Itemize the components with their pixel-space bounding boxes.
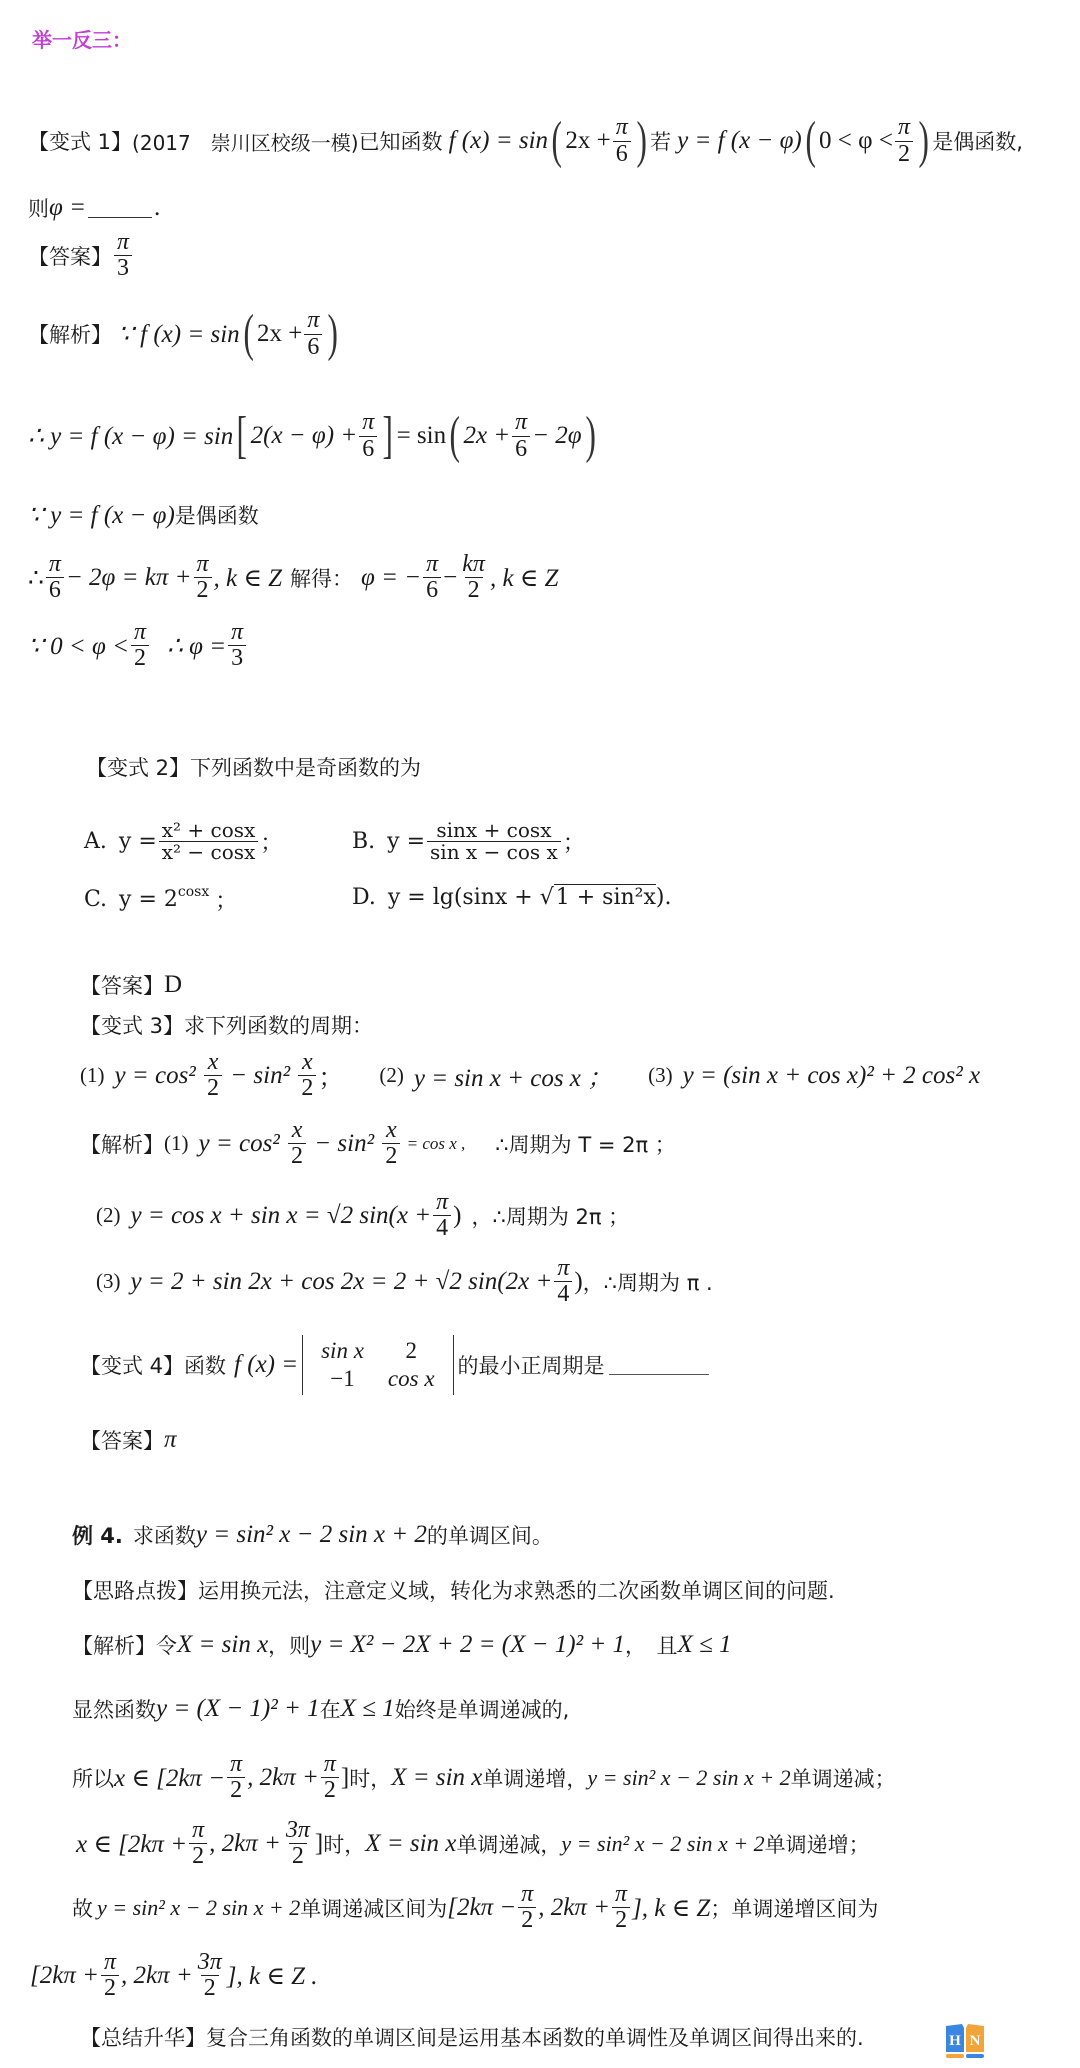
- analysis-expr: ∴ y = f (x − φ) = sin: [28, 421, 233, 451]
- decreasing-text: 单调递减，: [456, 1829, 561, 1859]
- range-expr: X ≤ 1: [341, 1695, 395, 1723]
- variant3-analysis-3: (3) y = 2 + sin 2x + cos 2x = 2 + √2 sin…: [96, 1256, 713, 1307]
- matrix-cell: 2: [376, 1337, 447, 1365]
- item-expr: y = sin x + cos x ；: [414, 1058, 612, 1094]
- variant3-items: (1) y = cos² x2 − sin² x2 ； (2) y = sin …: [80, 1050, 980, 1101]
- fraction-pi-4: π4: [554, 1256, 572, 1307]
- hence-text: 故: [72, 1893, 93, 1923]
- decreasing-text: 始终是单调递减的,: [395, 1694, 570, 1724]
- paren-open: (: [805, 115, 815, 167]
- ze-text: 则: [28, 193, 49, 223]
- example4-analysis-1: 【解析】 令 X = sin x ，则 y = X² − 2X + 2 = (X…: [72, 1630, 731, 1660]
- interval-end: ], k ∈ Z: [632, 1893, 710, 1923]
- interval-mid: , 2kπ +: [247, 1764, 319, 1792]
- variant1-source: (2017 崇川区校级一模): [132, 127, 359, 156]
- item-end: ；: [318, 1058, 343, 1094]
- summary-text: 复合三角函数的单调区间是运用基本函数的单调性及单调区间得出来的.: [206, 2022, 864, 2052]
- let-text: 令: [156, 1630, 177, 1660]
- item-number: (1): [164, 1131, 189, 1156]
- substitution: X = sin x: [177, 1631, 268, 1659]
- fraction-pi-6: π6: [46, 552, 64, 603]
- watermark-logo: H N: [944, 2022, 986, 2062]
- minus-2phi: − 2φ: [532, 422, 581, 450]
- interval-end: ], k ∈ Z .: [227, 1961, 318, 1991]
- paren-open: (: [243, 308, 253, 360]
- example4-hint: 【思路点拨】 运用换元法，注意定义域，转化为求熟悉的二次函数单调区间的问题.: [72, 1575, 835, 1605]
- increasing-text: 单调递增，: [482, 1763, 587, 1793]
- matrix-cell: −1: [309, 1365, 376, 1393]
- answer-value: D: [164, 971, 182, 999]
- y-expr: y = sin² x − 2 sin x + 2: [561, 1831, 764, 1857]
- answer-label: 【答案】: [28, 241, 112, 271]
- y-expr: y = sin² x − 2 sin x + 2: [97, 1895, 300, 1921]
- book-logo-icon: H N: [944, 2022, 986, 2062]
- fraction-pi-3: π3: [228, 620, 246, 671]
- arg-expr: 2x +: [463, 422, 510, 450]
- option-prefix: y =: [387, 829, 425, 854]
- matrix-cell: cos x: [376, 1365, 447, 1393]
- answer-fraction: π3: [114, 230, 132, 281]
- option-letter: A.: [84, 829, 107, 854]
- interval-start: [2kπ −: [447, 1894, 516, 1922]
- fraction-pi-2: π2: [131, 620, 149, 671]
- variant1-analysis-line2: ∴ y = f (x − φ) = sin [ 2(x − φ) + π6 ] …: [28, 410, 599, 462]
- fx-expr: f (x) = sin: [449, 127, 549, 155]
- answer-blank: [609, 1356, 709, 1375]
- fraction-pi-6: π6: [423, 552, 441, 603]
- option-prefix: y =: [119, 829, 157, 854]
- matrix-cell: sin x: [309, 1337, 376, 1365]
- option-a: A. y = x² + cosxx² − cosx ；: [84, 820, 282, 863]
- interval-start: x ∈ [2kπ −: [114, 1763, 225, 1793]
- fraction-pi-6: π6: [304, 308, 322, 359]
- option-suffix: ；: [260, 826, 282, 857]
- increasing-text: 单调递增；: [765, 1829, 870, 1859]
- option-expr: y = lg(sinx +: [388, 885, 540, 910]
- variant2-question-text: 下列函数中是奇函数的为: [190, 752, 421, 782]
- conclusion: ，∴周期为 2π ；: [471, 1201, 629, 1231]
- fraction-kpi-2: kπ2: [459, 552, 488, 603]
- fx-expr: f (x) =: [234, 1351, 298, 1379]
- y-expr: y = f (x − φ): [677, 127, 802, 155]
- phi-eq: φ = −: [361, 564, 421, 592]
- paren-close: ): [636, 115, 646, 167]
- item-end: ): [453, 1202, 461, 1230]
- answer-label: 【答案】: [80, 1425, 164, 1455]
- conclusion: ，∴周期为 π .: [583, 1267, 713, 1297]
- minus: −: [443, 564, 457, 592]
- obvious-text: 显然函数: [72, 1694, 156, 1724]
- variant2-label: 【变式 2】: [86, 752, 190, 782]
- item-number: (2): [379, 1063, 404, 1088]
- therefore: ∴: [28, 563, 44, 593]
- and-text: ， 且: [625, 1630, 678, 1660]
- fraction-x-2: x2: [204, 1050, 222, 1101]
- option-fraction: sinx + cosxsin x − cos x: [427, 820, 561, 863]
- option-expr: y = 2: [119, 887, 178, 912]
- fraction-3pi-2: 3π2: [283, 1818, 313, 1869]
- variant2-question: 【变式 2】 下列函数中是奇函数的为: [86, 752, 421, 782]
- determinant: sin x2 −1cos x: [302, 1335, 453, 1395]
- interval-mid: , 2kπ +: [121, 1962, 193, 1990]
- analysis-label: 【解析】: [28, 319, 112, 349]
- variant4-prefix: 函数: [184, 1350, 226, 1380]
- question-end: 的单调区间。: [427, 1520, 553, 1550]
- variant1-analysis-line5: ∵ 0 < φ < π2 ∴ φ = π3: [28, 620, 248, 671]
- item-expr: y = 2 + sin 2x + cos 2x = 2 + √2 sin(2x …: [131, 1268, 553, 1296]
- option-suffix: ；: [563, 826, 585, 857]
- option-suffix: ).: [656, 885, 672, 910]
- option-letter: B.: [352, 829, 375, 854]
- ruo-text: 若: [650, 126, 671, 156]
- then-text: ，则: [268, 1630, 310, 1660]
- item-number: (1): [80, 1063, 105, 1088]
- decreasing-text: 单调递减；: [791, 1763, 896, 1793]
- paren-close: ): [585, 410, 595, 462]
- analysis-expr: ∵ y = f (x − φ): [28, 500, 175, 530]
- fraction-pi-2: π2: [194, 552, 212, 603]
- interval-mid: , 2kπ +: [209, 1830, 281, 1858]
- fraction-pi-6: π6: [512, 410, 530, 461]
- item-end: ): [574, 1268, 582, 1296]
- decreasing-interval-text: 单调递减区间为: [300, 1893, 447, 1923]
- variant3-question-text: 求下列函数的周期：: [184, 1010, 373, 1040]
- variant1-question-line2: 则 φ = .: [28, 193, 160, 223]
- analysis-label: 【解析】: [72, 1630, 156, 1660]
- fraction-x-2: x2: [298, 1050, 316, 1101]
- variant1-answer: 【答案】 π3: [28, 230, 134, 281]
- example4-label: 例 4.: [72, 1520, 123, 1550]
- stem-prefix: 已知函数: [359, 126, 443, 156]
- phi-eq: φ =: [49, 194, 86, 222]
- k-in-z: , k ∈ Z: [214, 563, 283, 593]
- suffix-text: 是偶函数,: [932, 126, 1023, 156]
- variant3-question: 【变式 3】 求下列函数的周期：: [80, 1010, 373, 1040]
- item-expr: y = cos²: [115, 1062, 203, 1090]
- example4-analysis-6: [2kπ + π2 , 2kπ + 3π2 ], k ∈ Z .: [30, 1950, 318, 2001]
- k-in-z: , k ∈ Z: [490, 563, 559, 593]
- summary-label: 【总结升华】: [80, 2022, 206, 2052]
- example4-analysis-3: 所以 x ∈ [2kπ − π2 , 2kπ + π2 ] 时， X = sin…: [72, 1752, 896, 1803]
- bracket-expr: 2(x − φ) +: [251, 422, 358, 450]
- section-title: 举一反三：: [32, 24, 132, 53]
- example4-question: 例 4. 求函数 y = sin² x − 2 sin x + 2 的单调区间。: [72, 1520, 553, 1550]
- when-text: 时，: [323, 1829, 365, 1859]
- option-d: D. y = lg(sinx + √ 1 + sin²x ).: [352, 884, 671, 910]
- fraction-pi-2: π2: [518, 1882, 536, 1933]
- item-end: = cos x ,: [402, 1134, 465, 1154]
- item-expr: y = (sin x + cos x)² + 2 cos² x: [683, 1062, 980, 1090]
- increasing-interval-text: ；单调递增区间为: [710, 1893, 878, 1923]
- quadratic-expr: y = X² − 2X + 2 = (X − 1)² + 1: [310, 1631, 625, 1659]
- variant4-label: 【变式 4】: [80, 1350, 184, 1380]
- range-expr: X ≤ 1: [677, 1631, 731, 1659]
- analysis-expr: ∵ f (x) = sin: [118, 319, 240, 349]
- variant3-label: 【变式 3】: [80, 1010, 184, 1040]
- option-c: C. y = 2 cosx ；: [84, 884, 237, 915]
- period: .: [154, 194, 160, 222]
- variant3-analysis-2: (2) y = cos x + sin x = √2 sin(x + π4 ) …: [96, 1190, 629, 1241]
- example4-analysis-5: 故 y = sin² x − 2 sin x + 2 单调递减区间为 [2kπ …: [72, 1882, 878, 1933]
- fraction-pi-6: π6: [359, 410, 377, 461]
- cond-expr: 0 < φ <: [819, 127, 893, 155]
- item-expr: y = cos²: [199, 1130, 287, 1158]
- equation-mid: − 2φ = kπ +: [66, 564, 192, 592]
- fraction-pi-2: π2: [189, 1818, 207, 1869]
- option-sup: cosx: [178, 884, 209, 900]
- variant1-analysis-line1: 【解析】 ∵ f (x) = sin ( 2x + π6 ): [28, 308, 342, 360]
- interval-end: ]: [315, 1830, 323, 1858]
- hint-label: 【思路点拨】: [72, 1575, 198, 1605]
- variant1-label: 【变式 1】: [28, 126, 132, 156]
- interval-start: x ∈ [2kπ +: [76, 1829, 187, 1859]
- arg-expr: 2x +: [565, 127, 610, 155]
- item-number: (3): [648, 1063, 673, 1088]
- conclusion: ∴周期为 T = 2π ；: [495, 1129, 676, 1159]
- item-number: (3): [96, 1269, 121, 1294]
- variant2-answer: 【答案】 D: [80, 970, 182, 1000]
- fraction-pi-2: π2: [227, 1752, 245, 1803]
- y-expr: y = sin² x − 2 sin x + 2: [587, 1765, 790, 1791]
- svg-text:H: H: [949, 2033, 961, 2049]
- function-expr: y = (X − 1)² + 1: [156, 1695, 320, 1723]
- analysis-label: 【解析】: [80, 1129, 164, 1159]
- item-expr: − sin²: [308, 1130, 380, 1158]
- at-text: 在: [320, 1694, 341, 1724]
- example4-analysis-4: x ∈ [2kπ + π2 , 2kπ + 3π2 ] 时， X = sin x…: [76, 1818, 870, 1869]
- question-expr: y = sin² x − 2 sin x + 2: [196, 1521, 427, 1549]
- option-fraction: x² + cosxx² − cosx: [159, 820, 259, 863]
- interval-mid: , 2kπ +: [538, 1894, 610, 1922]
- answer-blank: [88, 199, 152, 218]
- option-b: B. y = sinx + cosxsin x − cos x ；: [352, 820, 585, 863]
- bracket-open: [: [237, 410, 247, 462]
- solve-text: 解得：: [290, 563, 353, 593]
- option-letter: D.: [352, 885, 376, 910]
- fraction-pi-6: π6: [613, 115, 631, 166]
- variant4-suffix: 的最小正周期是: [458, 1350, 605, 1380]
- variant1-analysis-line4: ∴ π6 − 2φ = kπ + π2 , k ∈ Z 解得： φ = − π6…: [28, 552, 558, 603]
- question-text: 求函数: [133, 1520, 196, 1550]
- fraction-3pi-2: 3π2: [195, 1950, 225, 2001]
- paren-open: (: [552, 115, 562, 167]
- variant1-analysis-line3: ∵ y = f (x − φ) 是偶函数: [28, 500, 259, 530]
- eq-sin: = sin: [397, 422, 447, 450]
- when-text: 时，: [349, 1763, 391, 1793]
- fraction-x-2: x2: [382, 1118, 400, 1169]
- hint-text: 运用换元法，注意定义域，转化为求熟悉的二次函数单调区间的问题.: [198, 1575, 835, 1605]
- answer-value: π: [164, 1426, 177, 1454]
- example4-analysis-2: 显然函数 y = (X − 1)² + 1 在 X ≤ 1 始终是单调递减的,: [72, 1694, 569, 1724]
- paren-open: (: [450, 410, 460, 462]
- variant4-question: 【变式 4】 函数 f (x) = sin x2 −1cos x 的最小正周期是: [80, 1335, 709, 1395]
- interval-start: [2kπ +: [30, 1962, 99, 1990]
- result: ∴ φ =: [167, 631, 226, 661]
- fraction-pi-4: π4: [433, 1190, 451, 1241]
- paren-close: ): [918, 115, 928, 167]
- variant3-analysis-1: 【解析】 (1) y = cos² x2 − sin² x2 = cos x ,…: [80, 1118, 676, 1169]
- x-sin: X = sin x: [391, 1764, 482, 1792]
- paren-close: ): [328, 308, 338, 360]
- so-text: 所以: [72, 1763, 114, 1793]
- fraction-pi-2: π2: [101, 1950, 119, 2001]
- sqrt-sign: √: [540, 885, 554, 910]
- even-function-text: 是偶函数: [175, 500, 259, 530]
- x-sin: X = sin x: [365, 1830, 456, 1858]
- arg-expr: 2x +: [257, 320, 302, 348]
- option-letter: C.: [84, 887, 107, 912]
- fraction-x-2: x2: [288, 1118, 306, 1169]
- answer-label: 【答案】: [80, 970, 164, 1000]
- example4-summary: 【总结升华】 复合三角函数的单调区间是运用基本函数的单调性及单调区间得出来的.: [80, 2022, 864, 2052]
- svg-text:N: N: [970, 2033, 981, 2049]
- variant1-question: 【变式 1】 (2017 崇川区校级一模) 已知函数 f (x) = sin (…: [28, 115, 1023, 167]
- fraction-pi-2: π2: [612, 1882, 630, 1933]
- variant4-answer: 【答案】 π: [80, 1425, 177, 1455]
- interval-end: ]: [341, 1764, 349, 1792]
- item-number: (2): [96, 1203, 121, 1228]
- option-suffix: ；: [215, 884, 237, 915]
- condition: ∵ 0 < φ <: [28, 631, 129, 661]
- fraction-pi-2: π2: [321, 1752, 339, 1803]
- bracket-close: ]: [383, 410, 393, 462]
- item-expr: y = cos x + sin x = √2 sin(x +: [131, 1202, 432, 1230]
- item-expr: − sin²: [224, 1062, 296, 1090]
- fraction-pi-2: π2: [895, 115, 913, 166]
- sqrt-content: 1 + sin²x: [554, 884, 656, 910]
